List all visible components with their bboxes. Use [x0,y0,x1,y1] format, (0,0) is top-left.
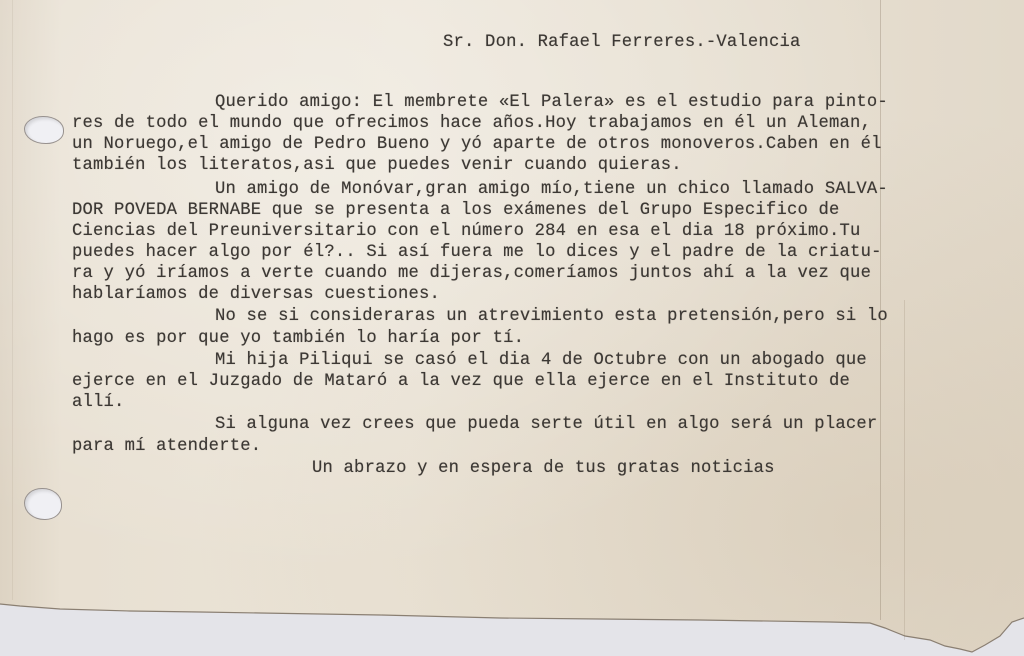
text-line: puedes hacer algo por él?.. Si así fuera… [72,244,882,261]
text-line: Ciencias del Preuniversitario con el núm… [72,223,861,240]
text-line: ejerce en el Juzgado de Mataró a la vez … [72,373,850,390]
text-line: Si alguna vez crees que pueda serte útil… [215,416,877,433]
text-line: hago es por que yo también lo haría por … [72,330,524,347]
punch-hole-bottom [24,488,62,520]
text-line: Querido amigo: El membrete «El Palera» e… [215,94,888,111]
text-line: res de todo el mundo que ofrecimos hace … [72,115,871,132]
text-line: allí. [72,394,125,411]
text-line: para mí atenderte. [72,438,261,455]
text-line: Mi hija Piliqui se casó el dia 4 de Octu… [215,352,867,369]
text-line: DOR POVEDA BERNABE que se presenta a los… [72,202,840,219]
text-line: No se si consideraras un atrevimiento es… [215,308,888,325]
text-line: también los literatos,asi que puedes ven… [72,157,682,174]
punch-hole-top [24,116,64,144]
fold-crease [12,0,13,600]
addressee-line: Sr. Don. Rafael Ferreres.-Valencia [443,34,800,51]
text-line: Un amigo de Monóvar,gran amigo mío,tiene… [215,181,888,198]
closing-line: Un abrazo y en espera de tus gratas noti… [312,460,775,477]
text-line: ra y yó iríamos a verte cuando me dijera… [72,265,871,282]
text-line: un Noruego,el amigo de Pedro Bueno y yó … [72,136,882,153]
fold-crease [904,300,905,640]
text-line: hablaríamos de diversas cuestiones. [72,286,440,303]
